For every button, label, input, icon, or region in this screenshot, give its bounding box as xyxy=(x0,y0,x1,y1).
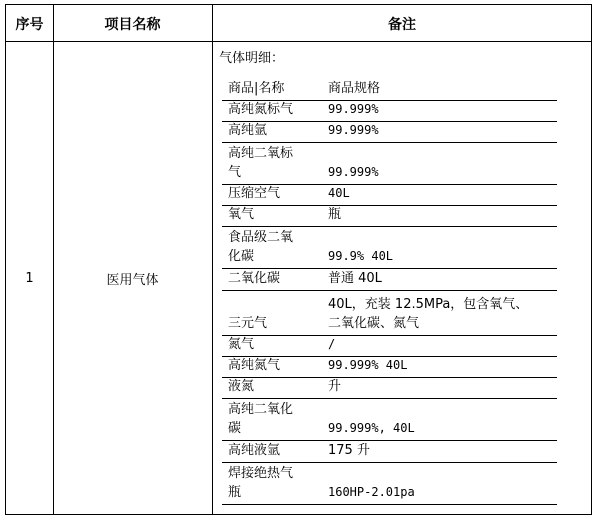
gas-name: 二氧化碳 xyxy=(228,269,318,288)
gas-item-row: 高纯氮标气 99.999% xyxy=(222,101,557,122)
gas-spec: 175 升 xyxy=(328,441,370,460)
gas-name: 焊接绝热气 瓶 xyxy=(228,464,318,502)
gas-name: 三元气 xyxy=(228,314,318,333)
gas-spec: 99.999% 40L xyxy=(328,356,407,375)
gas-item-row: 高纯二氧化 碳 99.999%, 40L xyxy=(222,399,557,441)
gas-spec: 99.999% xyxy=(328,121,379,140)
gas-item-row: 高纯氮气 99.999% 40L xyxy=(222,357,557,378)
header-project-name: 项目名称 xyxy=(53,5,212,42)
row-project-name: 医用气体 xyxy=(53,42,212,514)
gas-spec: 99.9% 40L xyxy=(328,247,393,266)
gas-spec: 99.999% xyxy=(328,163,379,182)
column-name-label: 商品|名称 xyxy=(228,79,318,98)
gas-item-row: 高纯液氩 175 升 xyxy=(222,441,557,463)
column-divider xyxy=(212,5,213,514)
gas-item-row: 三元气 40L，充装 12.5MPa，包含氧气、 二氧化碳、氮气 xyxy=(222,291,557,336)
gas-item-row: 二氧化碳 普通 40L xyxy=(222,269,557,291)
gas-item-row: 焊接绝热气 瓶 160HP-2.01pa xyxy=(222,463,557,505)
header-index: 序号 xyxy=(6,5,53,42)
gas-spec: 99.999%, 40L xyxy=(328,419,415,438)
gas-name: 高纯氮标气 xyxy=(228,100,318,119)
gas-spec: 瓶 xyxy=(328,205,341,224)
gas-item-row: 氮气 / xyxy=(222,336,557,357)
gas-spec: 升 xyxy=(328,377,341,396)
gas-item-row: 高纯氩 99.999% xyxy=(222,122,557,143)
gas-name: 压缩空气 xyxy=(228,184,318,203)
gas-item-row: 压缩空气 40L xyxy=(222,185,557,206)
gas-name: 氮气 xyxy=(228,335,318,354)
gas-name: 液氮 xyxy=(228,377,318,396)
gas-item-row: 氧气 瓶 xyxy=(222,206,557,227)
gas-name: 氧气 xyxy=(228,205,318,224)
gas-spec: 40L xyxy=(328,184,350,203)
gas-name: 高纯液氩 xyxy=(228,441,318,460)
gas-spec: 普通 40L xyxy=(328,269,382,288)
gas-spec: 160HP-2.01pa xyxy=(328,483,415,502)
gas-items-header: 商品|名称 商品规格 xyxy=(222,81,557,101)
gas-name: 食品级二氧 化碳 xyxy=(228,228,318,266)
gas-item-row: 高纯二氧标 气 99.999% xyxy=(222,143,557,185)
gas-item-row: 液氮 升 xyxy=(222,378,557,399)
header-remarks: 备注 xyxy=(212,5,592,42)
gas-item-row: 食品级二氧 化碳 99.9% 40L xyxy=(222,227,557,269)
gas-name: 高纯二氧标 气 xyxy=(228,144,318,182)
gas-spec: / xyxy=(328,335,335,354)
row-index: 1 xyxy=(6,42,53,514)
gas-spec: 99.999% xyxy=(328,100,379,119)
gas-name: 高纯二氧化 碳 xyxy=(228,400,318,438)
column-spec-label: 商品规格 xyxy=(328,79,380,98)
remarks-title: 气体明细： xyxy=(219,47,284,66)
gas-spec: 40L，充装 12.5MPa，包含氧气、 二氧化碳、氮气 xyxy=(328,295,528,333)
gas-name: 高纯氩 xyxy=(228,121,318,140)
gas-name: 高纯氮气 xyxy=(228,356,318,375)
